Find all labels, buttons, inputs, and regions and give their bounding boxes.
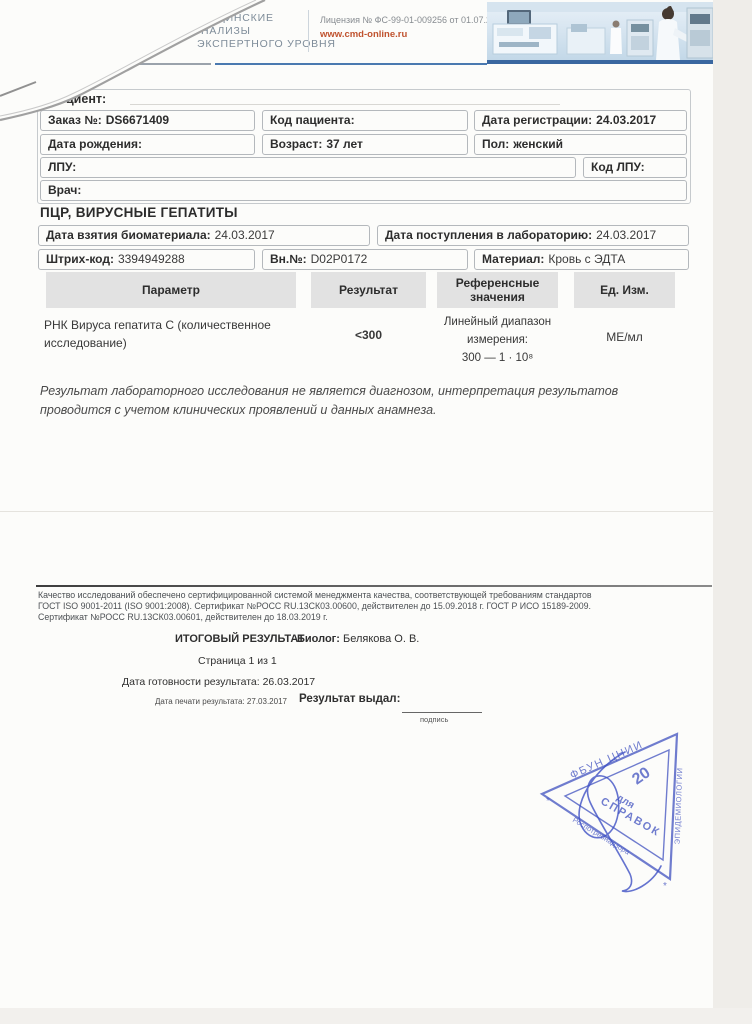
lpu-code-field: Код ЛПУ: (583, 157, 687, 178)
ready-date-value: 26.03.2017 (263, 676, 316, 688)
print-date-label: Дата печати результата: (155, 697, 245, 706)
sex-field: Пол:женский (474, 134, 687, 155)
reference-line-1: Линейный диапазон (430, 313, 565, 331)
sex-label: Пол: (482, 137, 509, 151)
footer-rule (36, 585, 712, 587)
lpu-code-label: Код ЛПУ: (591, 160, 645, 174)
sampling-date-label: Дата взятия биоматериала: (46, 228, 211, 242)
age-field: Возраст:37 лет (262, 134, 468, 155)
signature-caption: подпись (420, 715, 448, 724)
triangular-stamp: ФБУН ЦНИИ ЭПИДЕМИОЛОГИИ Роспотребнадзора… (528, 714, 718, 904)
patient-code-field: Код пациента: (262, 110, 468, 131)
column-header-reference: Референсные значения (437, 272, 558, 308)
material-label: Материал: (482, 252, 544, 266)
stamp-org-line2: ЭПИДЕМИОЛОГИИ (673, 767, 685, 844)
print-date-value: 27.03.2017 (247, 697, 287, 706)
disclaimer-line-1: Результат лабораторного исследования не … (40, 382, 618, 401)
stamp-asterisk-bottom: * (663, 881, 667, 892)
material-value: Кровь с ЭДТА (548, 252, 625, 266)
stamp-asterisk-left: * (546, 796, 550, 807)
sex-value: женский (513, 137, 563, 151)
page-info: Страница 1 из 1 (198, 655, 277, 667)
section-title: ПЦР, ВИРУСНЫЕ ГЕПАТИТЫ (40, 205, 238, 220)
received-date-value: 24.03.2017 (596, 228, 656, 242)
ready-date-label: Дата готовности результата: (122, 676, 260, 688)
registration-date-value: 24.03.2017 (596, 113, 656, 127)
column-header-result: Результат (311, 272, 426, 308)
age-label: Возраст: (270, 137, 322, 151)
print-date-line: Дата печати результата: 27.03.2017 (155, 697, 287, 706)
doctor-field: Врач: (40, 180, 687, 201)
scan-edge-right (713, 0, 752, 1024)
issued-by-label: Результат выдал: (299, 693, 400, 705)
sampling-date-value: 24.03.2017 (215, 228, 275, 242)
sampling-date-field: Дата взятия биоматериала:24.03.2017 (38, 225, 370, 246)
age-value: 37 лет (326, 137, 363, 151)
barcode-value: 3394949288 (118, 252, 185, 266)
certification-line-1: Качество исследований обеспечено сертифи… (38, 590, 592, 600)
column-header-parameter: Параметр (46, 272, 296, 308)
license-text: Лицензия № ФС-99-01-009256 от 01.07.2016… (320, 15, 513, 25)
final-result-label: ИТОГОВЫЙ РЕЗУЛЬТАТ (175, 633, 304, 645)
material-field: Материал:Кровь с ЭДТА (474, 249, 689, 270)
website-link[interactable]: www.cmd-online.ru (320, 29, 407, 40)
laboratory-photo (487, 2, 713, 64)
reference-line-3: 300 — 1 · 10⁸ (430, 349, 565, 367)
scanned-lab-report: ЦИНСКИЕ НАЛИЗЫ ЭКСПЕРТНОГО УРОВНЯ Лиценз… (0, 0, 752, 1024)
lpu-label: ЛПУ: (48, 160, 76, 174)
header-divider (308, 10, 309, 52)
result-row-value: <300 (311, 328, 426, 342)
birth-date-label: Дата рождения: (48, 137, 142, 151)
internal-number-label: Вн.№: (270, 252, 307, 266)
certification-line-3: Сертификат №РОСС RU.13СК03.00601, действ… (38, 612, 328, 622)
reference-line-2: измерения: (430, 331, 565, 349)
ready-date-line: Дата готовности результата: 26.03.2017 (122, 676, 315, 688)
result-row-unit: МЕ/мл (574, 330, 675, 344)
result-row-parameter: РНК Вируса гепатита С (количественное ис… (44, 316, 306, 352)
biologist-line: Биолог: Белякова О. В. (297, 633, 419, 645)
patient-code-label: Код пациента: (270, 113, 355, 127)
birth-date-field: Дата рождения: (40, 134, 255, 155)
disclaimer-line-2: проводится с учетом клинических проявлен… (40, 401, 618, 420)
disclaimer-note: Результат лабораторного исследования не … (40, 382, 618, 420)
scan-edge-bottom (0, 1008, 752, 1024)
internal-number-field: Вн.№:D02P0172 (262, 249, 468, 270)
signature-line (402, 712, 482, 713)
registration-date-label: Дата регистрации: (482, 113, 592, 127)
biologist-label: Биолог: (297, 633, 340, 645)
doctor-label: Врач: (48, 183, 81, 197)
folded-corner (0, 0, 280, 130)
received-date-field: Дата поступления в лабораторию:24.03.201… (377, 225, 689, 246)
received-date-label: Дата поступления в лабораторию: (385, 228, 592, 242)
internal-number-value: D02P0172 (311, 252, 368, 266)
barcode-label: Штрих-код: (46, 252, 114, 266)
certification-line-2: ГОСТ ISO 9001-2011 (ISO 9001:2008). Серт… (38, 601, 591, 611)
paper-fold-crease (0, 511, 752, 512)
column-header-unit: Ед. Изм. (574, 272, 675, 308)
registration-date-field: Дата регистрации:24.03.2017 (474, 110, 687, 131)
result-row-reference: Линейный диапазон измерения: 300 — 1 · 1… (430, 313, 565, 367)
biologist-name: Белякова О. В. (343, 633, 419, 645)
lpu-field: ЛПУ: (40, 157, 576, 178)
stamp-number: 20 (629, 764, 653, 788)
barcode-field: Штрих-код:3394949288 (38, 249, 255, 270)
